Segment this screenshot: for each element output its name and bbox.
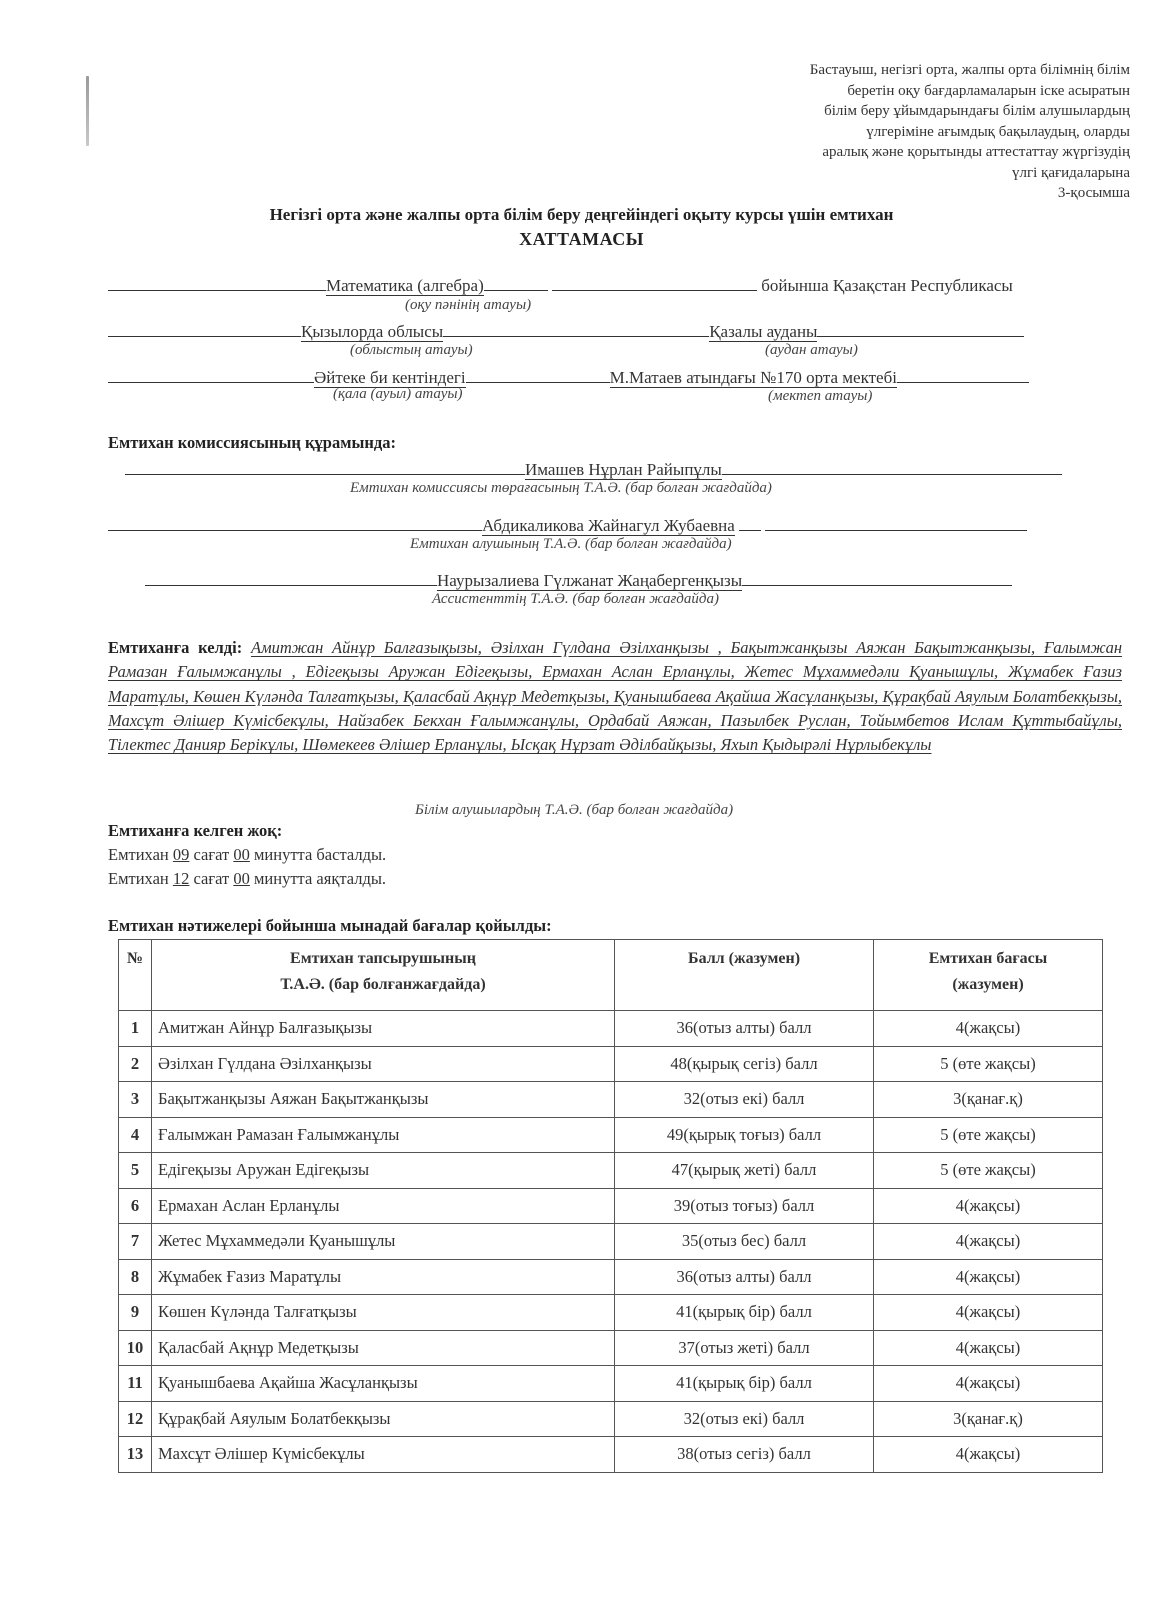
scan-margin-mark [86,76,89,146]
header-score: Балл (жазумен) [615,940,874,1011]
subject-value: Математика (алгебра) [326,276,484,296]
student-name: Жетес Мұхаммедәли Қуанышұлы [152,1224,615,1260]
row-number: 11 [119,1366,152,1402]
score-text: 38(отыз сегіз) балл [615,1437,874,1473]
annex-number: 3-қосымша [710,183,1130,204]
table-row: 11Қуанышбаева Ақайша Жасұланқызы41(қырық… [119,1366,1103,1402]
school-value: М.Матаев атындағы №170 орта мектебі [610,368,897,388]
chair-name: Имашев Нұрлан Райыпұлы [525,460,722,480]
row-number: 2 [119,1046,152,1082]
grade-text: 4(жақсы) [874,1437,1103,1473]
annex-line: беретін оқу бағдарламаларын іске асыраты… [710,81,1130,102]
grade-text: 4(жақсы) [874,1295,1103,1331]
attended-paragraph: Емтиханға келді: Амитжан Айнұр Балғазықы… [108,636,1122,757]
annex-reference: Бастауыш, негізгі орта, жалпы орта білім… [710,60,1130,204]
grade-text: 3(қанағ.қ) [874,1401,1103,1437]
score-text: 41(қырық бір) балл [615,1295,874,1331]
student-name: Қаласбай Ақнұр Медетқызы [152,1330,615,1366]
results-header-row: № Емтихан тапсырушының Т.А.Ә. (бар болға… [119,940,1103,1011]
student-name: Махсұт Әлішер Күмісбекұлы [152,1437,615,1473]
student-name: Амитжан Айнұр Балғазықызы [152,1011,615,1047]
district-hint: (аудан атауы) [765,342,858,359]
table-row: 3Бақытжанқызы Аяжан Бақытжанқызы32(отыз … [119,1082,1103,1118]
annex-line: аралық және қорытынды аттестаттау жүргіз… [710,142,1130,163]
row-number: 7 [119,1224,152,1260]
start-hour: 09 [173,845,190,864]
annex-line: білім беру ұйымдарындағы білім алушылард… [710,101,1130,122]
grade-text: 4(жақсы) [874,1330,1103,1366]
score-text: 32(отыз екі) балл [615,1401,874,1437]
chair-hint: Емтихан комиссиясы төрағасының Т.А.Ә. (б… [350,480,772,497]
table-row: 8Жұмабек Ғазиз Маратұлы36(отыз алты) бал… [119,1259,1103,1295]
table-row: 6Ермахан Аслан Ерланұлы39(отыз тоғыз) ба… [119,1188,1103,1224]
end-minute: 00 [233,869,250,888]
row-number: 12 [119,1401,152,1437]
row-number: 3 [119,1082,152,1118]
score-text: 36(отыз алты) балл [615,1011,874,1047]
student-name: Жұмабек Ғазиз Маратұлы [152,1259,615,1295]
grade-text: 5 (өте жақсы) [874,1046,1103,1082]
region-hint: (облыстың атауы) [350,342,473,359]
examiner-name: Абдикаликова Жайнагул Жубаевна [482,516,735,536]
table-row: 2Әзілхан Гүлдана Әзілханқызы48(қырық сег… [119,1046,1103,1082]
chair-row: Имашев Нұрлан Райыпұлы [125,456,1062,480]
row-number: 6 [119,1188,152,1224]
row-number: 4 [119,1117,152,1153]
grade-text: 4(жақсы) [874,1366,1103,1402]
row-number: 13 [119,1437,152,1473]
assistant-name: Наурызалиева Гүлжанат Жаңабергенқызы [437,571,742,591]
grade-text: 4(жақсы) [874,1224,1103,1260]
student-name: Ғалымжан Рамазан Ғалымжанұлы [152,1117,615,1153]
document-title-protocol: ХАТТАМАСЫ [0,229,1163,250]
grade-text: 5 (өте жақсы) [874,1153,1103,1189]
score-text: 47(қырық жеті) балл [615,1153,874,1189]
student-name: Құрақбай Аяулым Болатбекқызы [152,1401,615,1437]
attended-hint: Білім алушылардың Т.А.Ә. (бар болған жағ… [415,802,733,819]
student-name: Бақытжанқызы Аяжан Бақытжанқызы [152,1082,615,1118]
attended-label: Емтиханға келді: [108,638,242,657]
results-table: № Емтихан тапсырушының Т.А.Ә. (бар болға… [118,939,1103,1473]
student-name: Едігеқызы Аружан Едігеқызы [152,1153,615,1189]
student-name: Әзілхан Гүлдана Әзілханқызы [152,1046,615,1082]
examiner-row: Абдикаликова Жайнагул Жубаевна [108,512,1027,536]
header-number: № [119,940,152,1011]
annex-line: үлгі қағидаларына [710,163,1130,184]
row-number: 5 [119,1153,152,1189]
score-text: 37(отыз жеті) балл [615,1330,874,1366]
student-name: Қуанышбаева Ақайша Жасұланқызы [152,1366,615,1402]
grade-text: 4(жақсы) [874,1188,1103,1224]
table-row: 5Едігеқызы Аружан Едігеқызы47(қырық жеті… [119,1153,1103,1189]
score-text: 48(қырық сегіз) балл [615,1046,874,1082]
annex-line: Бастауыш, негізгі орта, жалпы орта білім… [710,60,1130,81]
end-hour: 12 [173,869,190,888]
score-text: 35(отыз бес) балл [615,1224,874,1260]
header-name: Емтихан тапсырушының Т.А.Ә. (бар болғанж… [152,940,615,1011]
row-number: 8 [119,1259,152,1295]
region-value: Қызылорда облысы [301,322,443,342]
absent-label: Емтиханға келген жоқ: [108,821,282,841]
row-number: 1 [119,1011,152,1047]
score-text: 32(отыз екі) балл [615,1082,874,1118]
grade-text: 5 (өте жақсы) [874,1117,1103,1153]
results-body: 1Амитжан Айнұр Балғазықызы36(отыз алты) … [119,1011,1103,1473]
subject-hint: (оқу пәнінің атауы) [405,297,531,314]
commission-label: Емтихан комиссиясының құрамында: [108,433,396,453]
table-row: 7Жетес Мұхаммедәли Қуанышұлы35(отыз бес)… [119,1224,1103,1260]
city-value: Әйтеке би кентіндегі [314,368,466,388]
score-text: 39(отыз тоғыз) балл [615,1188,874,1224]
assistant-row: Наурызалиева Гүлжанат Жаңабергенқызы [145,567,1012,591]
document-title: Негізгі орта және жалпы орта білім беру … [0,205,1163,225]
start-minute: 00 [233,845,250,864]
row-number: 9 [119,1295,152,1331]
student-name: Ермахан Аслан Ерланұлы [152,1188,615,1224]
attended-names: Амитжан Айнұр Балғазықызы, Әзілхан Гүлда… [108,638,1122,754]
results-label: Емтихан нәтижелері бойынша мынадай бағал… [108,916,552,936]
assistant-hint: Ассистенттің Т.А.Ә. (бар болған жағдайда… [432,591,719,608]
table-row: 10Қаласбай Ақнұр Медетқызы37(отыз жеті) … [119,1330,1103,1366]
exam-end-line: Емтихан 12 сағат 00 минутта аяқталды. [108,869,386,889]
table-row: 9Көшен Күләнда Талғатқызы41(қырық бір) б… [119,1295,1103,1331]
subject-row: Математика (алгебра) бойынша Қазақстан Р… [108,272,1013,296]
grade-text: 4(жақсы) [874,1259,1103,1295]
table-row: 1Амитжан Айнұр Балғазықызы36(отыз алты) … [119,1011,1103,1047]
school-hint: (мектеп атауы) [768,388,872,405]
subject-suffix: бойынша Қазақстан Республикасы [761,276,1013,295]
grade-text: 3(қанағ.қ) [874,1082,1103,1118]
city-hint: (қала (ауыл) атауы) [333,386,463,403]
city-school-row: Әйтеке би кентіндегіМ.Матаев атындағы №1… [108,364,1029,388]
student-name: Көшен Күләнда Талғатқызы [152,1295,615,1331]
score-text: 49(қырық тоғыз) балл [615,1117,874,1153]
table-row: 13Махсұт Әлішер Күмісбекұлы38(отыз сегіз… [119,1437,1103,1473]
table-row: 12Құрақбай Аяулым Болатбекқызы32(отыз ек… [119,1401,1103,1437]
region-district-row: Қызылорда облысыҚазалы ауданы [108,318,1024,342]
table-row: 4Ғалымжан Рамазан Ғалымжанұлы49(қырық то… [119,1117,1103,1153]
score-text: 41(қырық бір) балл [615,1366,874,1402]
score-text: 36(отыз алты) балл [615,1259,874,1295]
exam-start-line: Емтихан 09 сағат 00 минутта басталды. [108,845,386,865]
grade-text: 4(жақсы) [874,1011,1103,1047]
district-value: Қазалы ауданы [709,322,817,342]
row-number: 10 [119,1330,152,1366]
annex-line: үлгеріміне ағымдық бақылаудың, оларды [710,122,1130,143]
header-grade: Емтихан бағасы (жазумен) [874,940,1103,1011]
examiner-hint: Емтихан алушының Т.А.Ә. (бар болған жағд… [410,536,732,553]
